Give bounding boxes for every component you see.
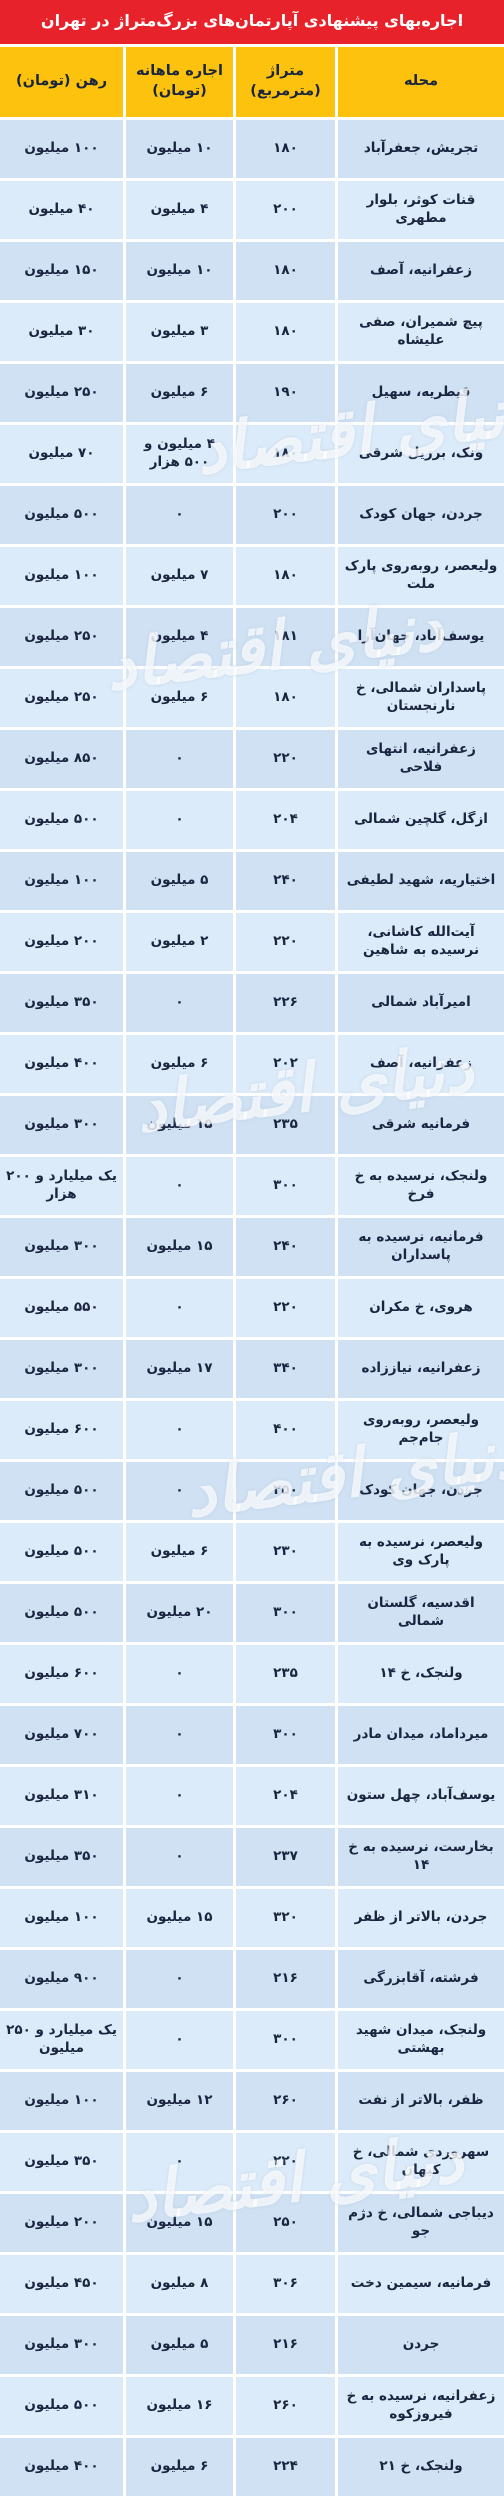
cell-area: ۲۲۴ — [236, 2438, 335, 2496]
cell-area: ۲۱۶ — [236, 1950, 335, 2008]
cell-deposit: ۴۵۰ میلیون — [0, 2255, 123, 2313]
cell-area: ۱۸۰ — [236, 547, 335, 605]
cell-rent: ۱۰ میلیون — [126, 242, 233, 300]
cell-area: ۲۲۰ — [236, 1279, 335, 1337]
cell-rent: ۶ میلیون — [126, 1523, 233, 1581]
cell-area: ۱۸۰ — [236, 120, 335, 178]
cell-rent: ۴ میلیون و ۵۰۰ هزار — [126, 425, 233, 483]
cell-area: ۲۴۰ — [236, 852, 335, 910]
cell-neighborhood: جردن، بالاتر از ظفر — [338, 1889, 504, 1947]
cell-deposit: ۱۵۰ میلیون — [0, 242, 123, 300]
cell-deposit: ۳۵۰ میلیون — [0, 974, 123, 1032]
cell-neighborhood: فرمانیه شرقی — [338, 1096, 504, 1154]
cell-rent: ۱۰ میلیون — [126, 120, 233, 178]
cell-deposit: ۵۰۰ میلیون — [0, 1462, 123, 1520]
cell-area: ۳۰۰ — [236, 2011, 335, 2069]
cell-deposit: ۵۰۰ میلیون — [0, 1584, 123, 1642]
cell-rent: ۴ میلیون — [126, 181, 233, 239]
cell-rent: ۴ میلیون — [126, 608, 233, 666]
cell-neighborhood: سهروردی شمالی، خ کیهان — [338, 2133, 504, 2191]
rent-table-page: اجاره‌بهای پیشنهادی آپارتمان‌های بزرگ‌مت… — [0, 0, 504, 2499]
cell-deposit: ۳۵۰ میلیون — [0, 1828, 123, 1886]
cell-area: ۲۰۰ — [236, 181, 335, 239]
cell-area: ۲۳۷ — [236, 1828, 335, 1886]
cell-neighborhood: پیچ شمیران، صفی علیشاه — [338, 303, 504, 361]
cell-rent: ۰ — [126, 486, 233, 544]
cell-deposit: ۳۵۰ میلیون — [0, 2133, 123, 2191]
cell-deposit: ۳۰۰ میلیون — [0, 1340, 123, 1398]
cell-area: ۲۰۴ — [236, 791, 335, 849]
cell-area: ۲۲۰ — [236, 2133, 335, 2191]
cell-deposit: ۱۰۰ میلیون — [0, 852, 123, 910]
cell-area: ۲۰۰ — [236, 486, 335, 544]
cell-area: ۳۰۰ — [236, 1157, 335, 1215]
cell-deposit: ۵۰۰ میلیون — [0, 791, 123, 849]
cell-neighborhood: ازگل، گلچین شمالی — [338, 791, 504, 849]
cell-area: ۳۲۰ — [236, 1889, 335, 1947]
cell-neighborhood: فرمانیه، سیمین دخت — [338, 2255, 504, 2313]
cell-neighborhood: تجریش، جعفرآباد — [338, 120, 504, 178]
cell-area: ۳۰۶ — [236, 2255, 335, 2313]
cell-neighborhood: ولیعصر، روبه‌روی پارک ملت — [338, 547, 504, 605]
cell-rent: ۰ — [126, 1401, 233, 1459]
cell-neighborhood: ولنجک، خ ۲۱ — [338, 2438, 504, 2496]
cell-area: ۱۹۰ — [236, 364, 335, 422]
cell-deposit: ۳۱۰ میلیون — [0, 1767, 123, 1825]
cell-area: ۲۳۰ — [236, 1523, 335, 1581]
cell-rent: ۰ — [126, 1645, 233, 1703]
cell-area: ۲۲۰ — [236, 913, 335, 971]
cell-deposit: ۸۵۰ میلیون — [0, 730, 123, 788]
cell-deposit: ۳۰۰ میلیون — [0, 1218, 123, 1276]
cell-deposit: یک میلیارد و ۲۵۰ میلیون — [0, 2011, 123, 2069]
cell-deposit: ۳۰۰ میلیون — [0, 1096, 123, 1154]
cell-rent: ۶ میلیون — [126, 2438, 233, 2496]
cell-deposit: ۱۰۰ میلیون — [0, 547, 123, 605]
column-header-area: متراژ (مترمربع) — [236, 47, 335, 117]
cell-rent: ۲۰ میلیون — [126, 1584, 233, 1642]
cell-deposit: ۳۰۰ میلیون — [0, 2316, 123, 2374]
cell-area: ۳۰۰ — [236, 1584, 335, 1642]
cell-rent: ۱۷ میلیون — [126, 1340, 233, 1398]
cell-deposit: یک میلیارد و ۲۰۰ هزار — [0, 1157, 123, 1215]
cell-neighborhood: آیت‌الله کاشانی، نرسیده به شاهین — [338, 913, 504, 971]
cell-neighborhood: یوسف‌آباد، چهل ستون — [338, 1767, 504, 1825]
cell-deposit: ۲۵۰ میلیون — [0, 669, 123, 727]
cell-deposit: ۹۰۰ میلیون — [0, 1950, 123, 2008]
cell-rent: ۱۶ میلیون — [126, 2377, 233, 2435]
cell-deposit: ۲۰۰ میلیون — [0, 913, 123, 971]
cell-deposit: ۴۰۰ میلیون — [0, 1035, 123, 1093]
cell-rent: ۳ میلیون — [126, 303, 233, 361]
cell-area: ۲۶۰ — [236, 2072, 335, 2130]
rent-table: محله متراژ (مترمربع) اجاره ماهانه (تومان… — [0, 44, 504, 2499]
cell-rent: ۰ — [126, 1462, 233, 1520]
cell-neighborhood: اختیاریه، شهید لطیفی — [338, 852, 504, 910]
cell-area: ۱۸۰ — [236, 303, 335, 361]
column-header-monthly-rent: اجاره ماهانه (تومان) — [126, 47, 233, 117]
cell-rent: ۰ — [126, 1157, 233, 1215]
cell-neighborhood: فرمانیه، نرسیده به پاسداران — [338, 1218, 504, 1276]
cell-neighborhood: ظفر، بالاتر از نفت — [338, 2072, 504, 2130]
cell-deposit: ۷۰ میلیون — [0, 425, 123, 483]
cell-neighborhood: زعفرانیه، آصف — [338, 242, 504, 300]
cell-rent: ۸ میلیون — [126, 2255, 233, 2313]
cell-neighborhood: پاسداران شمالی، خ نارنجستان — [338, 669, 504, 727]
cell-rent: ۰ — [126, 730, 233, 788]
cell-neighborhood: ولیعصر، روبه‌روی جام‌جم — [338, 1401, 504, 1459]
cell-deposit: ۴۰۰ میلیون — [0, 2438, 123, 2496]
cell-deposit: ۵۵۰ میلیون — [0, 1279, 123, 1337]
cell-neighborhood: قیطریه، سهیل — [338, 364, 504, 422]
cell-rent: ۵ میلیون — [126, 852, 233, 910]
cell-neighborhood: زعفرانیه، انتهای فلاحی — [338, 730, 504, 788]
cell-rent: ۰ — [126, 974, 233, 1032]
page-title: اجاره‌بهای پیشنهادی آپارتمان‌های بزرگ‌مت… — [0, 0, 504, 44]
cell-rent: ۰ — [126, 1767, 233, 1825]
cell-neighborhood: قنات کوثر، بلوار مطهری — [338, 181, 504, 239]
cell-rent: ۰ — [126, 1706, 233, 1764]
cell-neighborhood: ولنجک، میدان شهید بهشتی — [338, 2011, 504, 2069]
cell-neighborhood: ولنجک، نرسیده به خ فرخ — [338, 1157, 504, 1215]
cell-rent: ۱۵ میلیون — [126, 2194, 233, 2252]
cell-neighborhood: جردن، جهان کودک — [338, 486, 504, 544]
cell-deposit: ۶۰۰ میلیون — [0, 1645, 123, 1703]
cell-rent: ۱۵ میلیون — [126, 1218, 233, 1276]
cell-area: ۲۰۴ — [236, 1767, 335, 1825]
cell-neighborhood: جردن — [338, 2316, 504, 2374]
cell-deposit: ۵۰۰ میلیون — [0, 2377, 123, 2435]
cell-area: ۲۳۵ — [236, 1096, 335, 1154]
cell-area: ۲۱۶ — [236, 2316, 335, 2374]
cell-rent: ۶ میلیون — [126, 669, 233, 727]
cell-area: ۱۸۰ — [236, 242, 335, 300]
cell-rent: ۰ — [126, 791, 233, 849]
cell-rent: ۰ — [126, 1828, 233, 1886]
cell-deposit: ۳۰ میلیون — [0, 303, 123, 361]
cell-neighborhood: زعفرانیه، نیاززاده — [338, 1340, 504, 1398]
cell-neighborhood: زعفرانیه، آصف — [338, 1035, 504, 1093]
cell-rent: ۵ میلیون — [126, 2316, 233, 2374]
cell-neighborhood: ولیعصر، نرسیده به پارک وی — [338, 1523, 504, 1581]
cell-area: ۲۴۰ — [236, 1218, 335, 1276]
cell-area: ۳۰۰ — [236, 1706, 335, 1764]
cell-rent: ۰ — [126, 1950, 233, 2008]
cell-area: ۲۲۶ — [236, 974, 335, 1032]
cell-neighborhood: اقدسیه، گلستان شمالی — [338, 1584, 504, 1642]
cell-area: ۲۰۲ — [236, 1035, 335, 1093]
cell-area: ۲۲۰ — [236, 730, 335, 788]
column-header-neighborhood: محله — [338, 47, 504, 117]
cell-area: ۲۳۵ — [236, 1645, 335, 1703]
cell-area: ۲۶۰ — [236, 2377, 335, 2435]
cell-rent: ۶ میلیون — [126, 1035, 233, 1093]
cell-neighborhood: ولنجک، خ ۱۴ — [338, 1645, 504, 1703]
cell-deposit: ۵۰۰ میلیون — [0, 486, 123, 544]
cell-neighborhood: دیباجی شمالی، خ دژم جو — [338, 2194, 504, 2252]
cell-deposit: ۲۵۰ میلیون — [0, 608, 123, 666]
cell-neighborhood: ونک، برزیل شرقی — [338, 425, 504, 483]
cell-rent: ۰ — [126, 2011, 233, 2069]
cell-rent: ۰ — [126, 1279, 233, 1337]
cell-rent: ۶ میلیون — [126, 364, 233, 422]
cell-area: ۴۰۰ — [236, 1401, 335, 1459]
column-header-deposit: رهن (تومان) — [0, 47, 123, 117]
cell-deposit: ۱۰۰ میلیون — [0, 2072, 123, 2130]
cell-neighborhood: فرشته، آقابزرگی — [338, 1950, 504, 2008]
cell-rent: ۱۲ میلیون — [126, 2072, 233, 2130]
cell-neighborhood: میرداماد، میدان مادر — [338, 1706, 504, 1764]
cell-neighborhood: بخارست، نرسیده به خ ۱۴ — [338, 1828, 504, 1886]
cell-deposit: ۱۰۰ میلیون — [0, 120, 123, 178]
cell-rent: ۱۵ میلیون — [126, 1096, 233, 1154]
cell-area: ۳۴۰ — [236, 1340, 335, 1398]
cell-neighborhood: یوسف‌آباد، جهان‌آرا — [338, 608, 504, 666]
cell-neighborhood: زعفرانیه، نرسیده به خ فیروزکوه — [338, 2377, 504, 2435]
cell-area: ۲۵۰ — [236, 1462, 335, 1520]
cell-rent: ۱۵ میلیون — [126, 1889, 233, 1947]
cell-deposit: ۵۰۰ میلیون — [0, 1523, 123, 1581]
cell-rent: ۰ — [126, 2133, 233, 2191]
cell-area: ۱۸۰ — [236, 669, 335, 727]
cell-neighborhood: هروی، خ مکران — [338, 1279, 504, 1337]
cell-deposit: ۱۰۰ میلیون — [0, 1889, 123, 1947]
cell-area: ۲۵۰ — [236, 2194, 335, 2252]
cell-rent: ۲ میلیون — [126, 913, 233, 971]
cell-neighborhood: امیرآباد شمالی — [338, 974, 504, 1032]
cell-deposit: ۶۰۰ میلیون — [0, 1401, 123, 1459]
cell-deposit: ۲۰۰ میلیون — [0, 2194, 123, 2252]
cell-neighborhood: جردن، جهان کودک — [338, 1462, 504, 1520]
cell-rent: ۷ میلیون — [126, 547, 233, 605]
cell-deposit: ۲۵۰ میلیون — [0, 364, 123, 422]
cell-area: ۱۸۰ — [236, 425, 335, 483]
cell-deposit: ۷۰۰ میلیون — [0, 1706, 123, 1764]
cell-deposit: ۴۰ میلیون — [0, 181, 123, 239]
cell-area: ۱۸۱ — [236, 608, 335, 666]
